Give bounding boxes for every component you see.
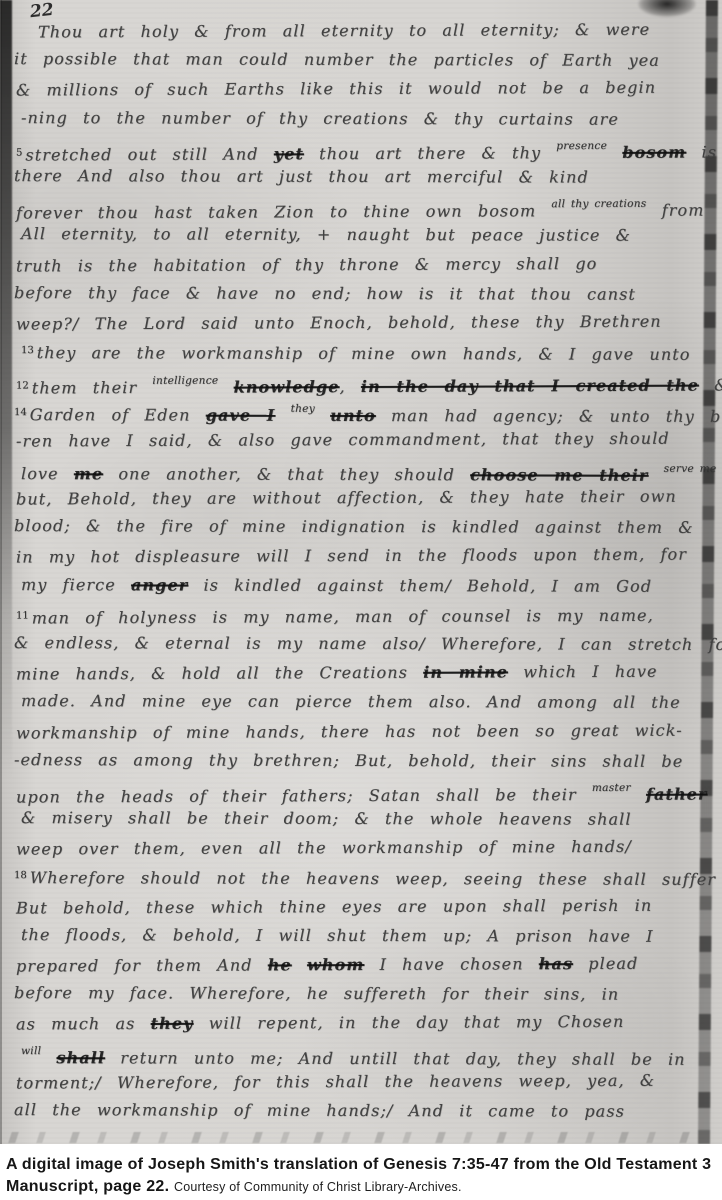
margin-verse-number: 11 <box>16 610 29 621</box>
struck-text: in mine <box>423 663 508 682</box>
margin-verse-number: 13 <box>21 345 34 356</box>
manuscript-line: upon the heads of their fathers; Satan s… <box>16 773 716 805</box>
manuscript-lines: Thou art holy & from all eternity to all… <box>16 16 716 1125</box>
manuscript-line: -edness as among thy brethren; But, beho… <box>14 745 716 776</box>
inserted-text: presence <box>556 140 607 152</box>
manuscript-line: but, Behold, they are without affection,… <box>16 481 716 513</box>
struck-text: has <box>539 954 573 973</box>
manuscript-line: love me one another, & that they should … <box>21 453 716 484</box>
margin-verse-number: 18 <box>14 871 27 882</box>
struck-text: yet <box>274 144 304 163</box>
struck-text: me <box>74 464 103 483</box>
manuscript-line: prepared for them And he whom I have cho… <box>16 948 716 980</box>
struck-text: gave I <box>206 406 276 425</box>
manuscript-line: But behold, these which thine eyes are u… <box>16 890 716 922</box>
caption-credit: Courtesy of Community of Christ Library-… <box>174 1180 462 1194</box>
manuscript-line: there And also thou art just thou art me… <box>14 161 716 192</box>
manuscript-line: in my hot displeasure will I send in the… <box>16 540 716 572</box>
struck-text: whom <box>307 955 365 974</box>
manuscript-line: the floods, & behold, I will shut them u… <box>21 920 716 951</box>
manuscript-image: 22 Thou art holy & from all eternity to … <box>0 0 722 1144</box>
struck-text: shall <box>56 1048 105 1067</box>
struck-text: father <box>646 784 708 803</box>
figure: 22 Thou art holy & from all eternity to … <box>0 0 722 1198</box>
struck-text: bosom <box>622 142 686 161</box>
manuscript-line: 5stretched out still And yet thou art th… <box>16 131 716 163</box>
struck-text: he <box>268 955 292 974</box>
struck-text: they <box>151 1014 194 1033</box>
caption: A digital image of Joseph Smith's transl… <box>0 1144 722 1198</box>
manuscript-line: & endless, & eternal is my name also/ Wh… <box>14 628 716 659</box>
manuscript-line: before thy face & have no end; how is it… <box>14 278 716 309</box>
manuscript-line: it possible that man could number the pa… <box>14 44 716 75</box>
inserted-text: all thy creations <box>551 198 646 210</box>
inserted-text: will <box>21 1045 41 1057</box>
struck-text: unto <box>330 406 376 425</box>
struck-text: anger <box>131 575 188 594</box>
manuscript-line: workmanship of mine hands, there has not… <box>16 715 716 747</box>
binding-shadow-left <box>0 0 12 778</box>
manuscript-line: made. And mine eye can pierce them also.… <box>21 686 716 717</box>
manuscript-line: 12them their intelligence knowledge, in … <box>16 365 716 397</box>
manuscript-line: weep?/ The Lord said unto Enoch, behold,… <box>16 306 716 338</box>
manuscript-line: & misery shall be their doom; & the whol… <box>21 803 716 834</box>
inserted-text: master <box>592 782 631 794</box>
manuscript-line: Thou art holy & from all eternity to all… <box>16 14 716 46</box>
inserted-text: serve me their God <box>664 463 722 475</box>
manuscript-line: mine hands, & hold all the Creations in … <box>16 657 716 689</box>
manuscript-line: before my face. Wherefore, he suffereth … <box>14 978 716 1009</box>
inserted-text: they <box>291 403 315 415</box>
manuscript-line: 11man of holyness is my name, man of cou… <box>16 598 716 630</box>
manuscript-line: 18Wherefore should not the heavens weep,… <box>14 862 716 893</box>
manuscript-line: 13they are the workmanship of mine own h… <box>21 336 716 367</box>
manuscript-line: as much as they will repent, in the day … <box>16 1007 716 1039</box>
margin-verse-number: 5 <box>16 147 22 158</box>
manuscript-line: all the workmanship of mine hands;/ And … <box>14 1095 716 1126</box>
struck-text: in the day that I created the <box>361 376 699 396</box>
manuscript-line: All eternity, to all eternity, + naught … <box>21 219 716 250</box>
manuscript-line: my fierce anger is kindled against them/… <box>21 570 716 601</box>
manuscript-line: -ren have I said, & also gave commandmen… <box>16 423 716 455</box>
manuscript-line: weep over them, even all the workmanship… <box>16 832 716 864</box>
manuscript-line: will shall return unto me; And untill th… <box>21 1037 716 1068</box>
margin-verse-number: 12 <box>16 381 29 392</box>
manuscript-line: forever thou hast taken Zion to thine ow… <box>16 190 716 222</box>
inserted-text: intelligence <box>152 375 218 387</box>
margin-verse-number: 14 <box>14 408 27 419</box>
manuscript-line: truth is the habitation of thy throne & … <box>16 248 716 280</box>
cutoff-line-fragments <box>8 1132 710 1143</box>
manuscript-line: & millions of such Earths like this it w… <box>16 73 716 105</box>
manuscript-line: blood; & the fire of mine indignation is… <box>14 511 716 542</box>
manuscript-line: -ning to the number of thy creations & t… <box>21 103 716 134</box>
manuscript-line: torment;/ Wherefore, for this shall the … <box>16 1065 716 1097</box>
manuscript-line: 14Garden of Eden gave I they unto man ha… <box>14 395 716 426</box>
